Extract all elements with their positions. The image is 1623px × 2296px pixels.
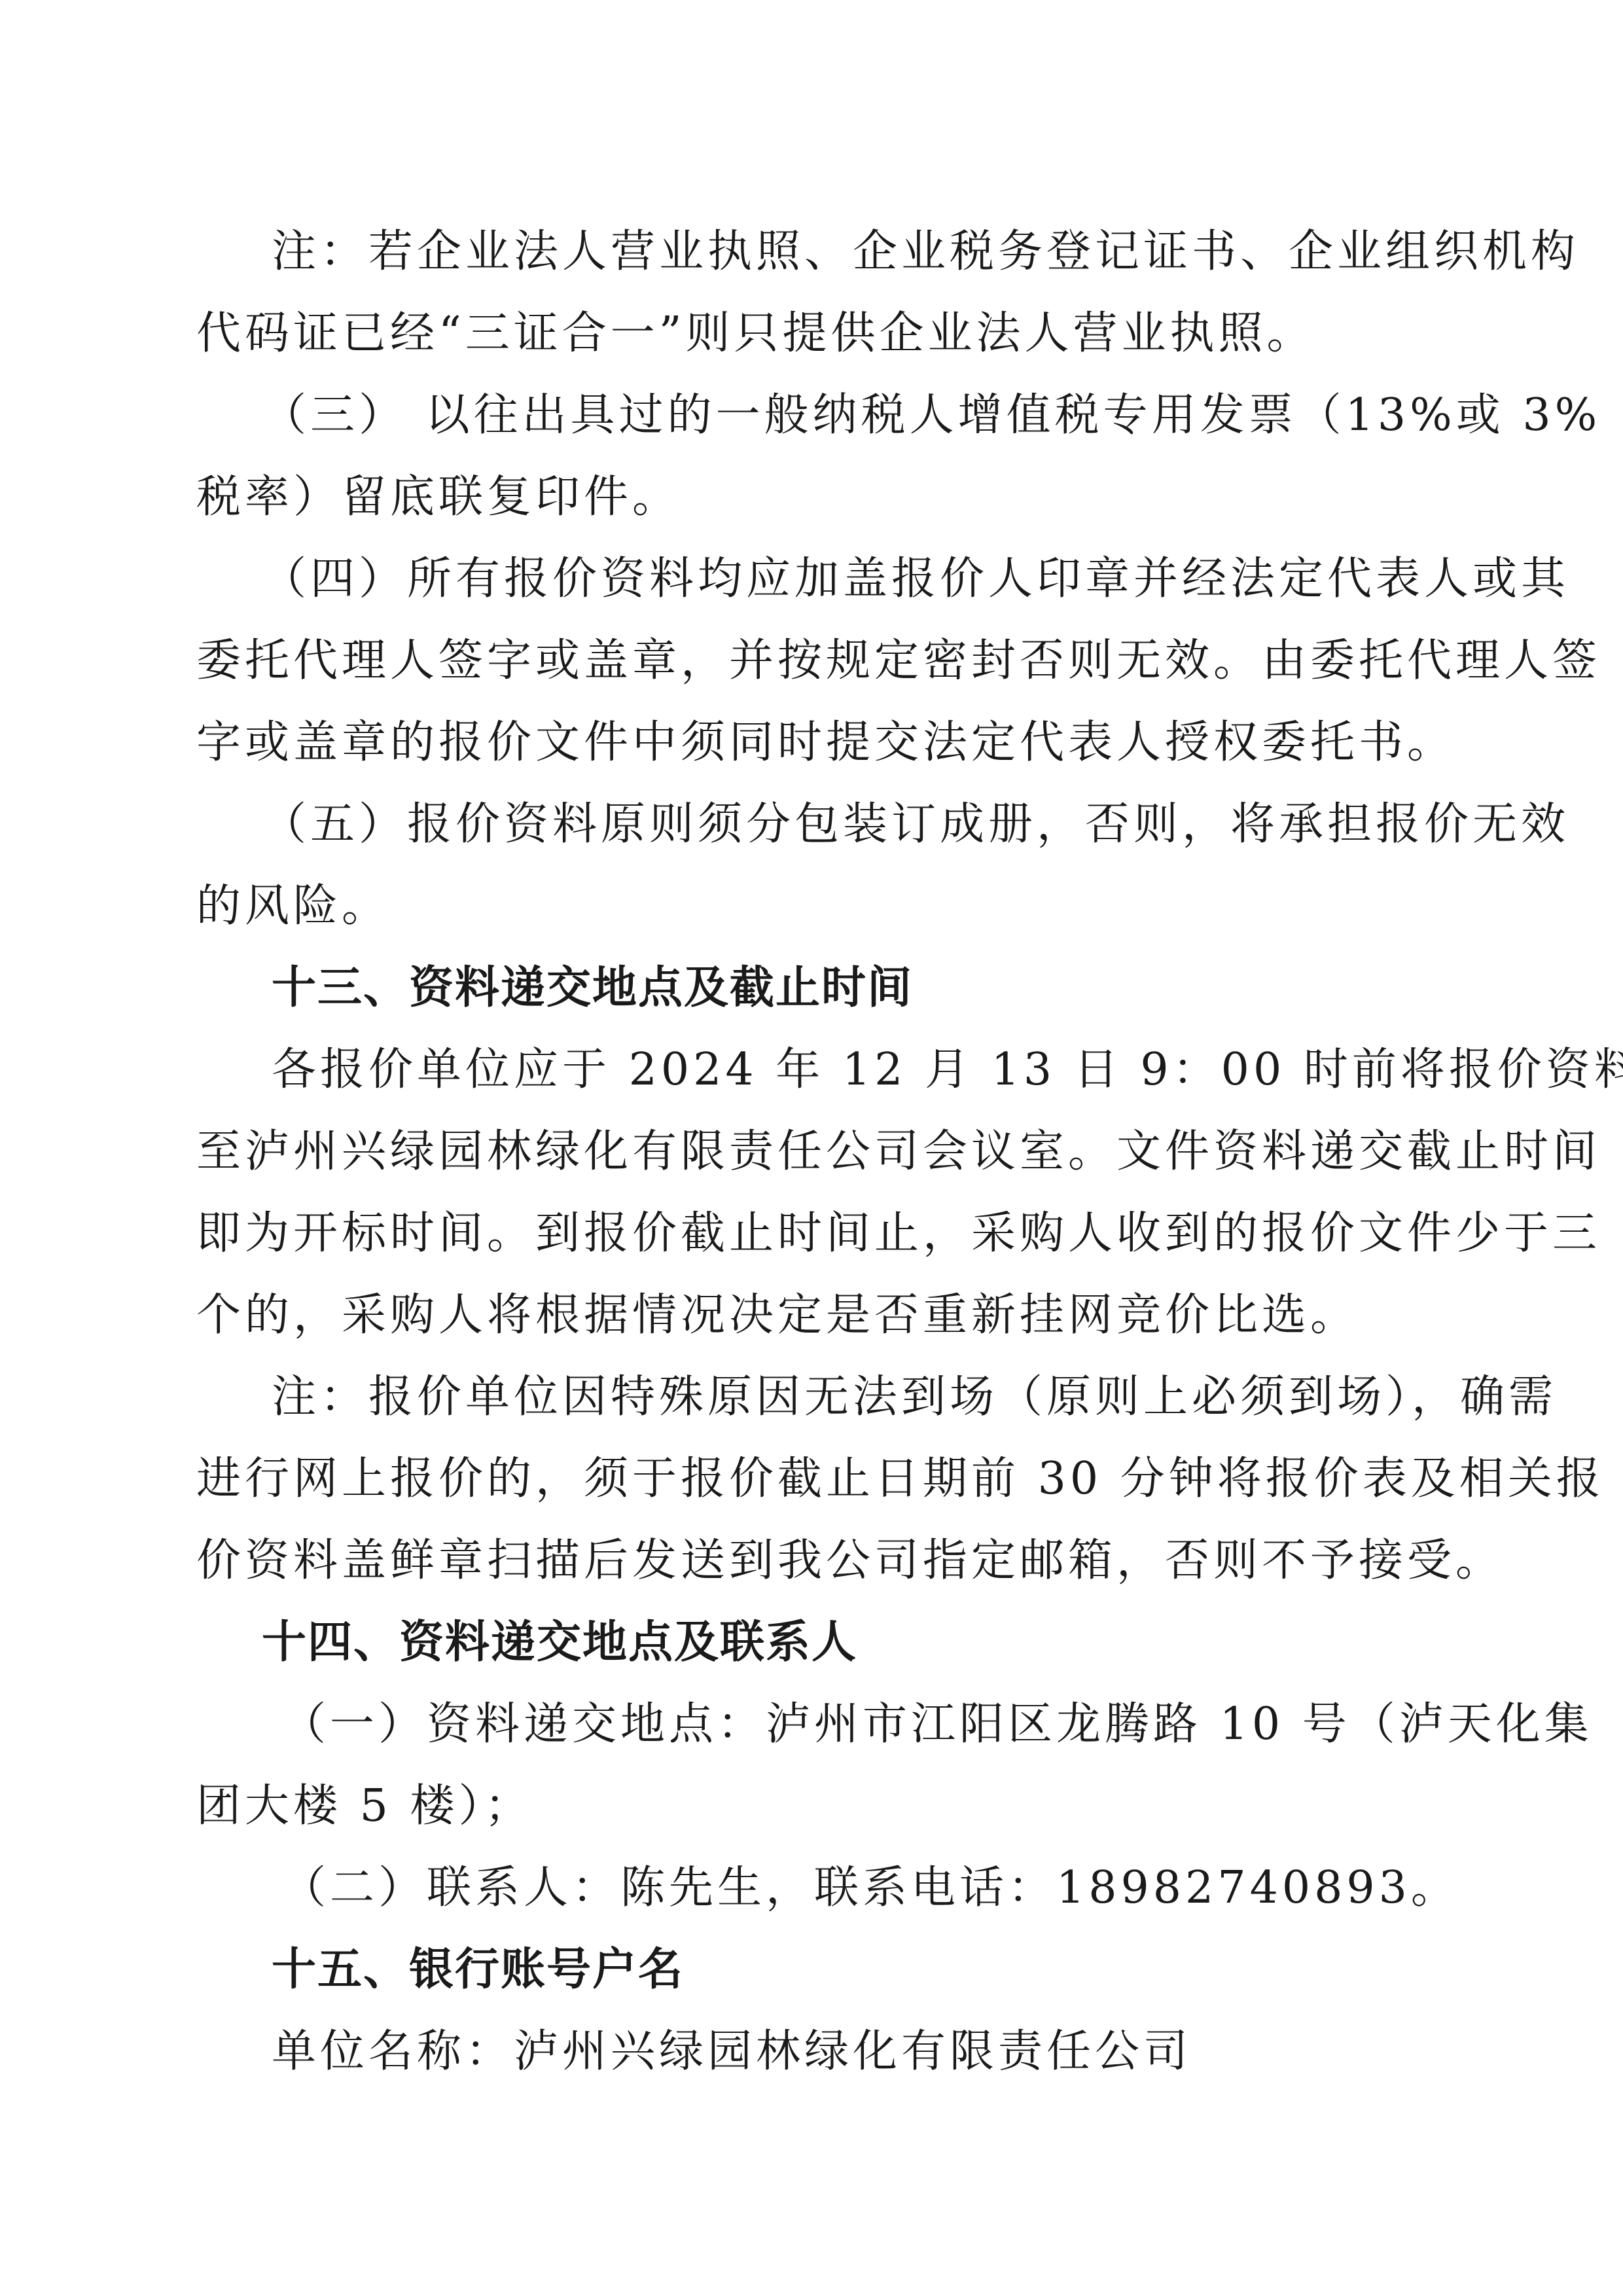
section-15-heading: 十五、银行账号户名	[272, 1941, 684, 2000]
item4-line-1: （四）所有报价资料均应加盖报价人印章并经法定代表人或其	[262, 550, 1569, 609]
address-line-2: 团大楼 5 楼）；	[196, 1777, 533, 1836]
company-name-line: 单位名称：泸州兴绿园林绿化有限责任公司	[272, 2022, 1192, 2081]
item5-line-1: （五）报价资料原则须分包装订成册，否则，将承担报价无效	[262, 795, 1569, 854]
document-page: 注：若企业法人营业执照、企业税务登记证书、企业组织机构 代码证已经“三证合一”则…	[0, 0, 1623, 2296]
item3-line-1: （三） 以往出具过的一般纳税人增值税专用发票（13%或 3%	[262, 386, 1601, 445]
deadline-line-2: 至泸州兴绿园林绿化有限责任公司会议室。文件资料递交截止时间	[196, 1122, 1601, 1181]
note2-line-1: 注：报价单位因特殊原因无法到场（原则上必须到场），确需	[272, 1368, 1557, 1427]
item3-line-2: 税率）留底联复印件。	[196, 468, 681, 527]
item4-line-3: 字或盖章的报价文件中须同时提交法定代表人授权委托书。	[196, 713, 1455, 772]
deadline-line-1: 各报价单位应于 2024 年 12 月 13 日 9：00 时前将报价资料送	[272, 1041, 1623, 1100]
deadline-line-3: 即为开标时间。到报价截止时间止，采购人收到的报价文件少于三	[196, 1204, 1601, 1263]
note2-line-2: 进行网上报价的，须于报价截止日期前 30 分钟将报价表及相关报	[196, 1450, 1605, 1509]
section-14-heading: 十四、资料递交地点及联系人	[262, 1613, 857, 1672]
address-line-1: （一）资料递交地点：泸州市江阳区龙腾路 10 号（泸天化集	[281, 1695, 1593, 1754]
item5-line-2: 的风险。	[196, 877, 390, 936]
contact-line: （二）联系人：陈先生，联系电话：18982740893。	[281, 1859, 1459, 1918]
note1-line-1: 注：若企业法人营业执照、企业税务登记证书、企业组织机构	[272, 223, 1579, 281]
deadline-line-4: 个的，采购人将根据情况决定是否重新挂网竞价比选。	[196, 1286, 1359, 1345]
note1-line-2: 代码证已经“三证合一”则只提供企业法人营业执照。	[196, 304, 1315, 363]
section-13-heading: 十三、资料递交地点及截止时间	[272, 959, 913, 1018]
note2-line-3: 价资料盖鲜章扫描后发送到我公司指定邮箱，否则不予接受。	[196, 1532, 1504, 1590]
item4-line-2: 委托代理人签字或盖章，并按规定密封否则无效。由委托代理人签	[196, 632, 1601, 691]
